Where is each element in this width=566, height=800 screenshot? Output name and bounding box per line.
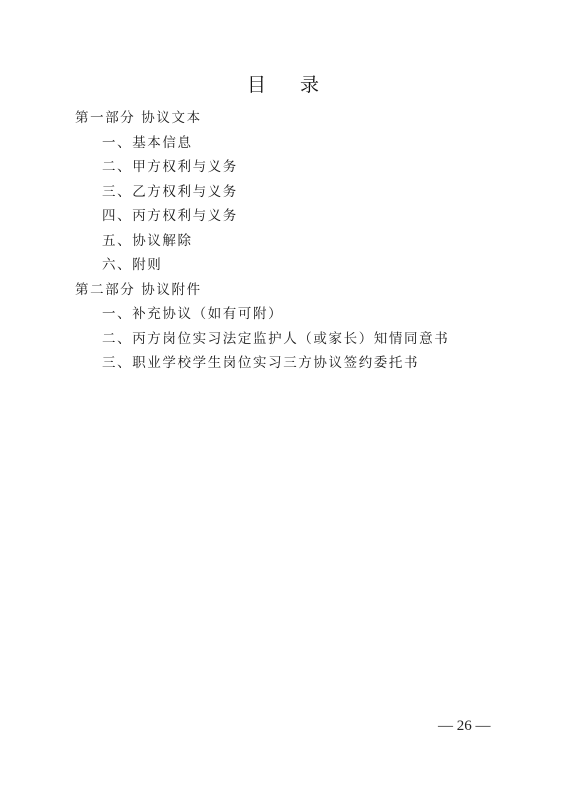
toc-item: 三、职业学校学生岗位实习三方协议签约委托书 [75, 351, 526, 376]
page-number: — 26 — [438, 718, 491, 735]
toc-item: 一、补充协议（如有可附） [75, 302, 526, 327]
toc-item: 二、甲方权利与义务 [75, 155, 526, 180]
toc-item: 二、丙方岗位实习法定监护人（或家长）知情同意书 [75, 327, 526, 352]
toc-item: 四、丙方权利与义务 [75, 204, 526, 229]
toc-item: 五、协议解除 [75, 229, 526, 254]
page-title: 目 录 [0, 70, 566, 97]
toc-item: 三、乙方权利与义务 [75, 180, 526, 205]
toc-item: 六、附则 [75, 253, 526, 278]
toc-item: 一、基本信息 [75, 131, 526, 156]
table-of-contents: 第一部分 协议文本 一、基本信息 二、甲方权利与义务 三、乙方权利与义务 四、丙… [75, 106, 526, 376]
toc-part-1: 第一部分 协议文本 [75, 106, 526, 131]
toc-part-2: 第二部分 协议附件 [75, 278, 526, 303]
